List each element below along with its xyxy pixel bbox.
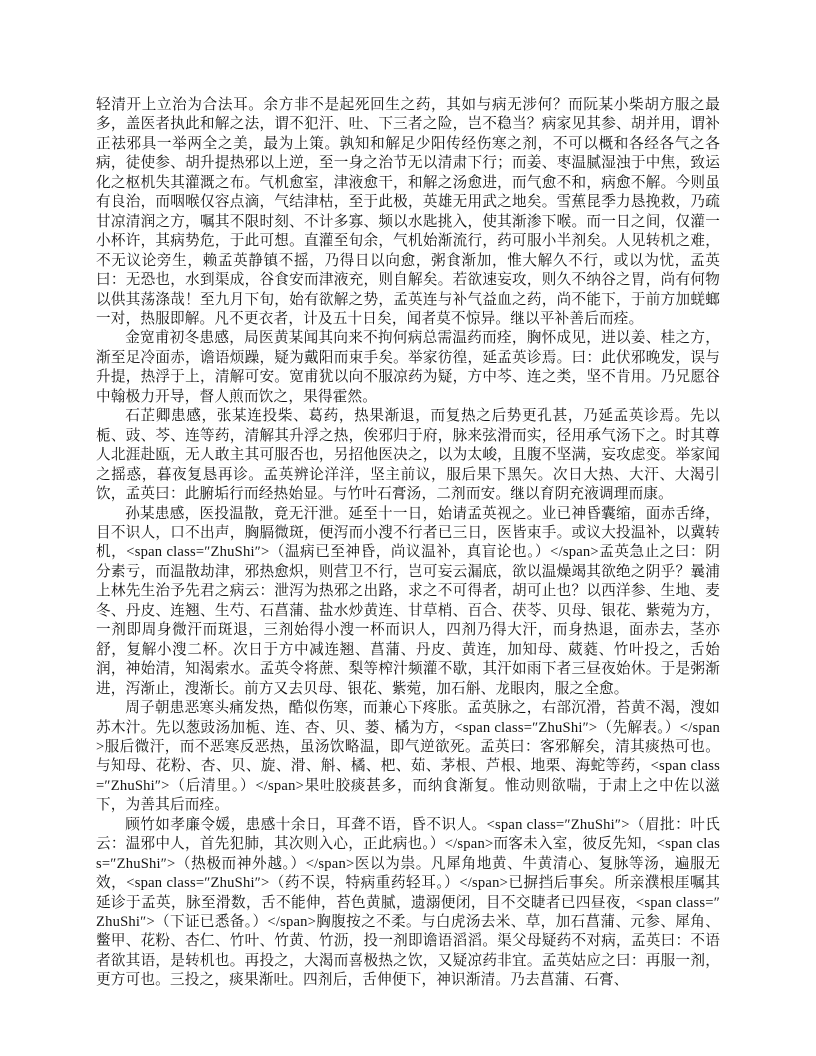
paragraph-case-jin-kuanfu: 金宽甫初冬患感，局医黄某闻其向来不拘何病总需温药而痊，胸怀成见，进以姜、桂之方，… (96, 329, 720, 407)
document-text-body: 轻清开上立治为合法耳。余方非不是起死回生之药，其如与病无涉何？而阮某小柴胡方服之… (96, 96, 720, 991)
paragraph-case-zhou-zichao: 周子朝患恶寒头痛发热，酷似伤寒，而兼心下疼胀。孟英脉之，右部沉滑，苔黄不渴，溲如… (96, 699, 720, 816)
paragraph-case-gu-zhuru: 顾竹如孝廉令媛，患感十余日，耳聋不语，昏不识人。<span class=″Zhu… (96, 816, 720, 991)
paragraph-case-sun-mou: 孙某患感，医投温散，竟无汗泄。延至十一日，始请孟英视之。业已神昏囊缩，面赤舌绛，… (96, 505, 720, 700)
document-page: 轻清开上立治为合法耳。余方非不是起死回生之药，其如与病无涉何？而阮某小柴胡方服之… (0, 0, 816, 1056)
paragraph-continuation: 轻清开上立治为合法耳。余方非不是起死回生之药，其如与病无涉何？而阮某小柴胡方服之… (96, 96, 720, 329)
paragraph-case-shi-zhiqing: 石芷卿患感，张某连投柴、葛药，热果渐退，而复热之后势更孔甚，乃延孟英诊焉。先以栀… (96, 407, 720, 504)
